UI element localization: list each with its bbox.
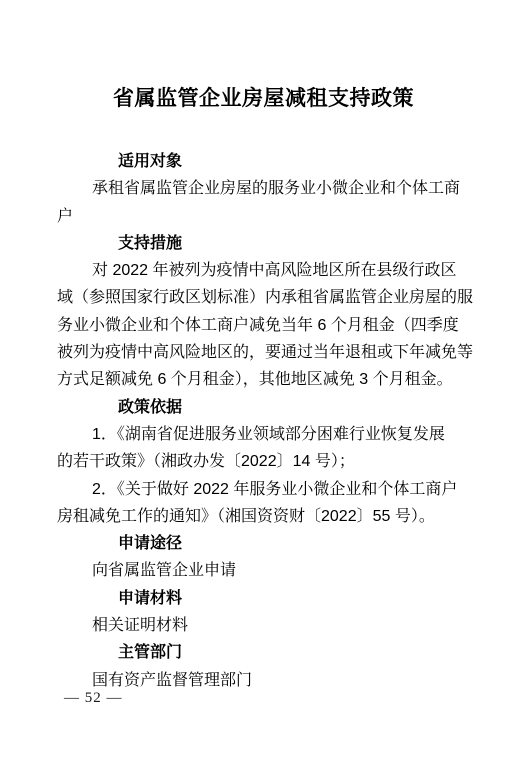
document-page: 省属监管企业房屋减租支持政策 适用对象 承租省属监管企业房屋的服务业小微企业和个…: [0, 0, 528, 767]
text-line: 房租减免工作的通知》（湘国资资财〔2022〕55 号）。: [57, 503, 470, 530]
text-line: 向省属监管企业申请: [57, 557, 470, 584]
section-heading-policy-basis: 政策依据: [57, 394, 470, 421]
section-heading-application-channel: 申请途径: [57, 530, 470, 557]
document-title: 省属监管企业房屋减租支持政策: [57, 86, 470, 112]
text-line: 1．《湖南省促进服务业领域部分困难行业恢复发展: [57, 421, 470, 448]
text-line: 务业小微企业和个体工商户减免当年 6 个月租金（四季度: [57, 312, 470, 339]
text-line: 方式足额减免 6 个月租金），其他地区减免 3 个月租金。: [57, 366, 470, 393]
document-content: 省属监管企业房屋减租支持政策 适用对象 承租省属监管企业房屋的服务业小微企业和个…: [0, 0, 528, 694]
text-line: 2．《关于做好 2022 年服务业小微企业和个体工商户: [57, 476, 470, 503]
section-heading-application-materials: 申请材料: [57, 585, 470, 612]
text-line: 户: [57, 203, 470, 230]
page-number: — 52 —: [64, 690, 123, 707]
text-line: 域（参照国家行政区划标准）内承租省属监管企业房屋的服: [57, 284, 470, 311]
section-heading-applicable-targets: 适用对象: [57, 148, 470, 175]
section-heading-competent-department: 主管部门: [57, 639, 470, 666]
text-line: 相关证明材料: [57, 612, 470, 639]
text-line: 被列为疫情中高风险地区的，要通过当年退租或下年减免等: [57, 339, 470, 366]
section-heading-support-measures: 支持措施: [57, 230, 470, 257]
text-line: 的若干政策》（湘政办发〔2022〕14 号）；: [57, 448, 470, 475]
text-line: 承租省属监管企业房屋的服务业小微企业和个体工商: [57, 175, 470, 202]
text-line: 对 2022 年被列为疫情中高风险地区所在县级行政区: [57, 257, 470, 284]
